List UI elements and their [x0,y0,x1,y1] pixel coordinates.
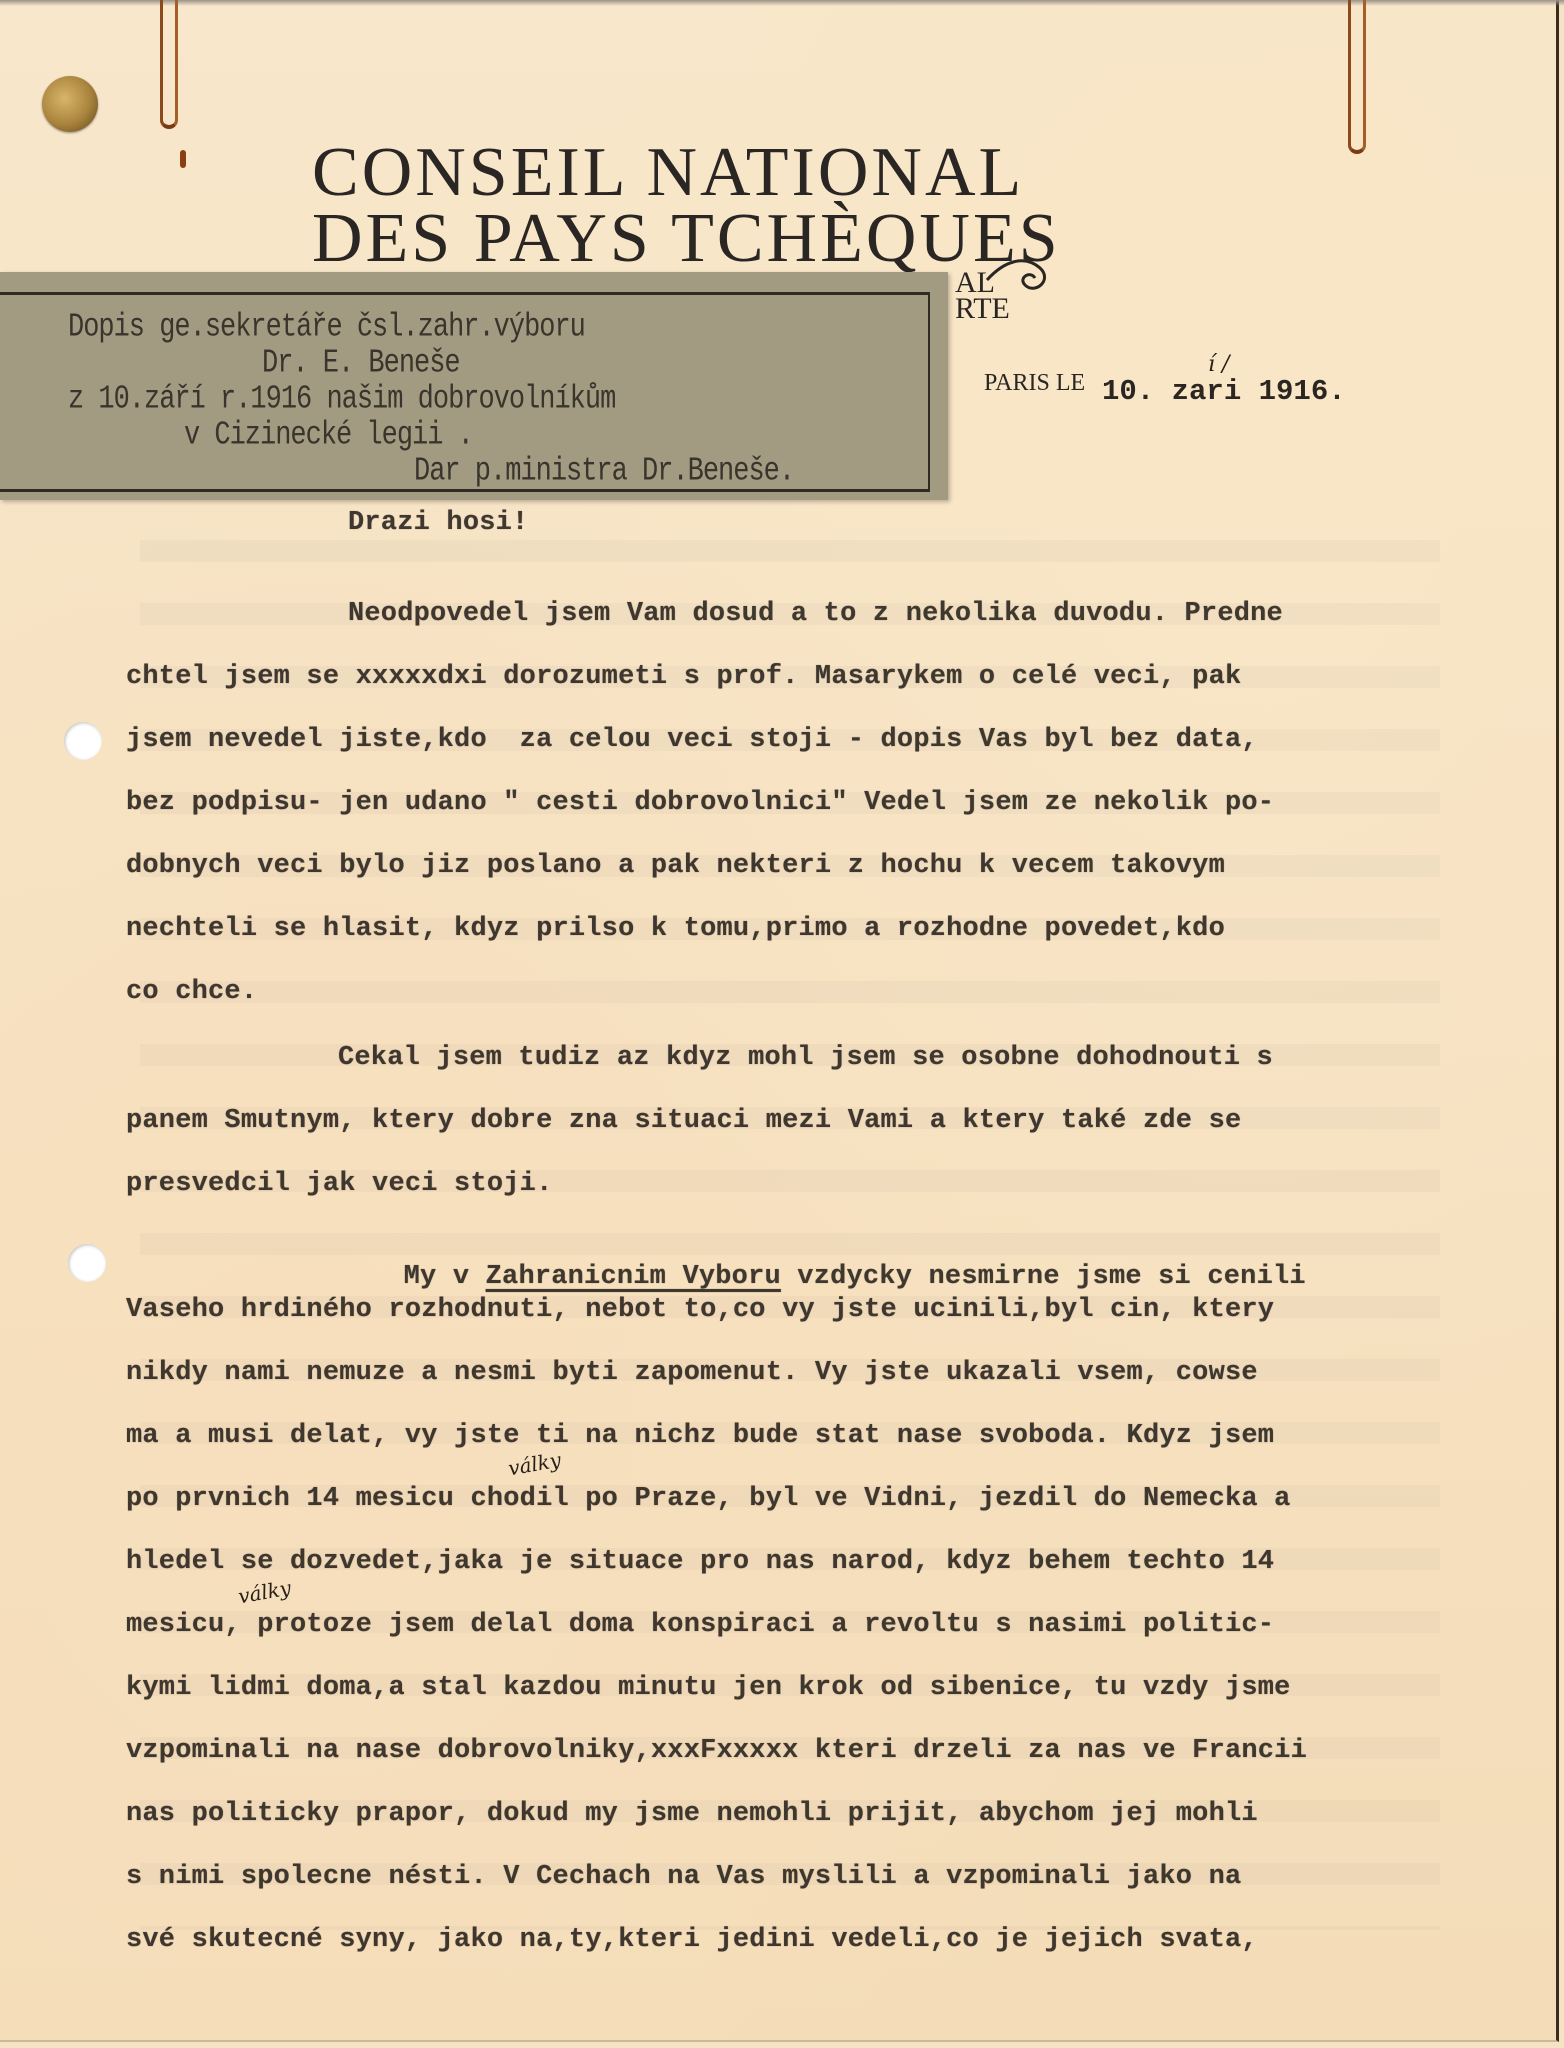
body-line: chtel jsem se xxxxxdxi dorozumeti s prof… [126,662,1241,692]
archive-label-line: Dr. E. Beneše [262,345,460,383]
body-line: co chce. [126,977,257,1007]
binding-string-left [160,0,178,129]
brass-grommet-icon [42,76,98,132]
handwritten-annotation: války [506,1448,562,1481]
body-line: bez podpisu- jen udano " cesti dobrovoln… [126,788,1274,818]
archive-label: Dopis ge.sekretáře čsl.zahr.výboru Dr. E… [0,272,948,500]
body-line: nechteli se hlasit, kdyz prilso k tomu,p… [126,914,1225,944]
dateline-date: 10. zari 1916. [1102,375,1346,408]
letterhead-line-1: CONSEIL NATIONAL [312,140,1061,206]
body-line: hledel se dozvedet,jaka je situace pro n… [126,1547,1274,1577]
punch-hole-icon [64,722,102,760]
body-line: s nimi spolecne nésti. V Cechach na Vas … [126,1862,1241,1892]
body-line: nas politicky prapor, dokud my jsme nemo… [126,1799,1258,1829]
body-line: panem Smutnym, ktery dobre zna situaci m… [126,1106,1241,1136]
letterhead: CONSEIL NATIONAL DES PAYS TCHÈQUES [312,140,1061,272]
dateline-place: PARIS LE [984,370,1085,397]
body-line: ma a musi delat, vy jste ti na nichz bud… [126,1421,1274,1451]
binding-string-stain [180,150,186,168]
body-line-suffix: vzdycky nesmirne jsme si cenili [781,1262,1306,1292]
body-line: mesicu, protoze jsem delal doma konspira… [126,1610,1274,1640]
body-line: nikdy nami nemuze a nesmi byti zapomenut… [126,1358,1258,1388]
handwritten-accent: í / [1208,352,1229,377]
letterhead-flourish: AL RTE [955,270,1010,322]
letter-page: CONSEIL NATIONAL DES PAYS TCHÈQUES AL RT… [0,0,1559,2042]
archive-label-line: Dar p.ministra Dr.Beneše. [414,453,794,491]
body-line: presvedcil jak veci stoji. [126,1169,552,1199]
archive-label-frame: Dopis ge.sekretáře čsl.zahr.výboru Dr. E… [0,292,930,492]
archive-label-line: v Cizinecké legii . [184,417,473,455]
body-line: Vaseho hrdiného rozhodnuti, nebot to,co … [126,1295,1274,1325]
body-line-prefix: My v [404,1262,486,1292]
handwritten-annotation: války [236,1576,292,1609]
underlined-phrase: Zahranicnim Vyboru [486,1262,781,1292]
body-line: své skutecné syny, jako na,ty,kteri jedi… [126,1925,1258,1955]
flourish-scroll-icon [985,250,1065,310]
body-line: kymi lidmi doma,a stal kazdou minutu jen… [126,1673,1291,1703]
body-line: dobnych veci bylo jiz poslano a pak nekt… [126,851,1225,881]
archive-label-line: z 10.září r.1916 našim dobrovolníkům [68,381,615,419]
archive-label-line: Dopis ge.sekretáře čsl.zahr.výboru [68,309,585,347]
body-line: Cekal jsem tudiz az kdyz mohl jsem se os… [338,1043,1273,1073]
binding-string-right [1348,0,1366,154]
letterhead-line-2: DES PAYS TCHÈQUES [312,206,1061,272]
punch-hole-icon [68,1244,106,1282]
body-line: jsem nevedel jiste,kdo za celou veci sto… [126,725,1258,755]
body-line: vzpominali na nase dobrovolniky,xxxFxxxx… [126,1736,1307,1766]
salutation: Drazi hosi! [348,508,528,538]
body-line: Neodpovedel jsem Vam dosud a to z nekoli… [348,599,1283,629]
reverse-side-bleed-through [140,510,1440,1930]
body-line: po prvnich 14 mesicu chodil po Praze, by… [126,1484,1291,1514]
page-top-edge [0,0,1564,6]
